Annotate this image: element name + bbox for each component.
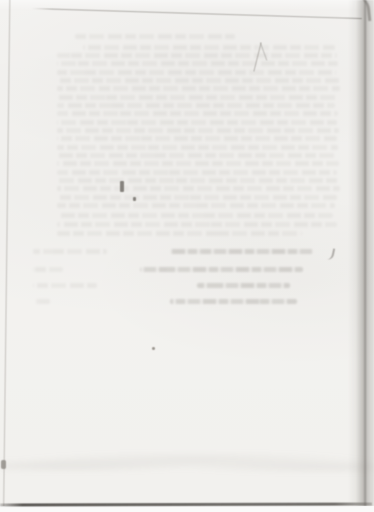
v-stroke-mark: [250, 42, 270, 72]
ghost-text-line: [57, 203, 335, 208]
ghost-text-line: [140, 267, 303, 272]
scanner-background: [0, 506, 374, 512]
ghost-text-line: [33, 249, 107, 254]
scanned-page: [0, 0, 374, 512]
ghost-text-line: [57, 136, 337, 141]
speck-mark: [120, 181, 124, 192]
ghost-text-line: [57, 178, 338, 183]
ghost-text-line: [33, 267, 63, 272]
ghost-text-line: [57, 128, 339, 133]
ghost-text-line: [57, 213, 333, 218]
ghost-text-line: [57, 111, 338, 116]
ghost-text-line: [57, 120, 337, 125]
ghost-text-line: [57, 195, 337, 200]
ghost-text-line: [57, 61, 338, 66]
page-gutter-shadow: [348, 0, 374, 506]
ghost-text-line: [57, 161, 339, 166]
ghost-text-line: [57, 170, 337, 175]
ghost-text-line: [33, 283, 97, 288]
comma-mark: [326, 247, 335, 260]
paper-ripple-shadow: [0, 446, 374, 482]
ghost-text-line: [170, 249, 313, 254]
page-top-edge-line: [32, 8, 362, 19]
page-left-edge-line: [3, 0, 10, 512]
ghost-text-line: [197, 283, 290, 288]
ghost-text-line: [75, 34, 235, 39]
ghost-text-line: [83, 45, 335, 50]
ghost-text-line: [33, 299, 50, 304]
ghost-text-line: [57, 222, 337, 227]
ghost-text-line: [170, 299, 297, 304]
ghost-text-line: [57, 186, 340, 191]
dot-mark: [152, 347, 155, 350]
ghost-text-line: [57, 78, 339, 83]
ghost-text-line: [57, 86, 340, 91]
ghost-text-line: [57, 145, 338, 150]
ghost-text-line: [57, 70, 336, 75]
page-corner-curl: [348, 0, 372, 23]
ghost-text-line: [57, 153, 336, 158]
speck-mark: [133, 197, 136, 201]
ghost-text-line: [57, 95, 337, 100]
ghost-text-line: [57, 53, 337, 58]
ghost-text-line: [57, 103, 335, 108]
ghost-text-line: [57, 231, 302, 236]
